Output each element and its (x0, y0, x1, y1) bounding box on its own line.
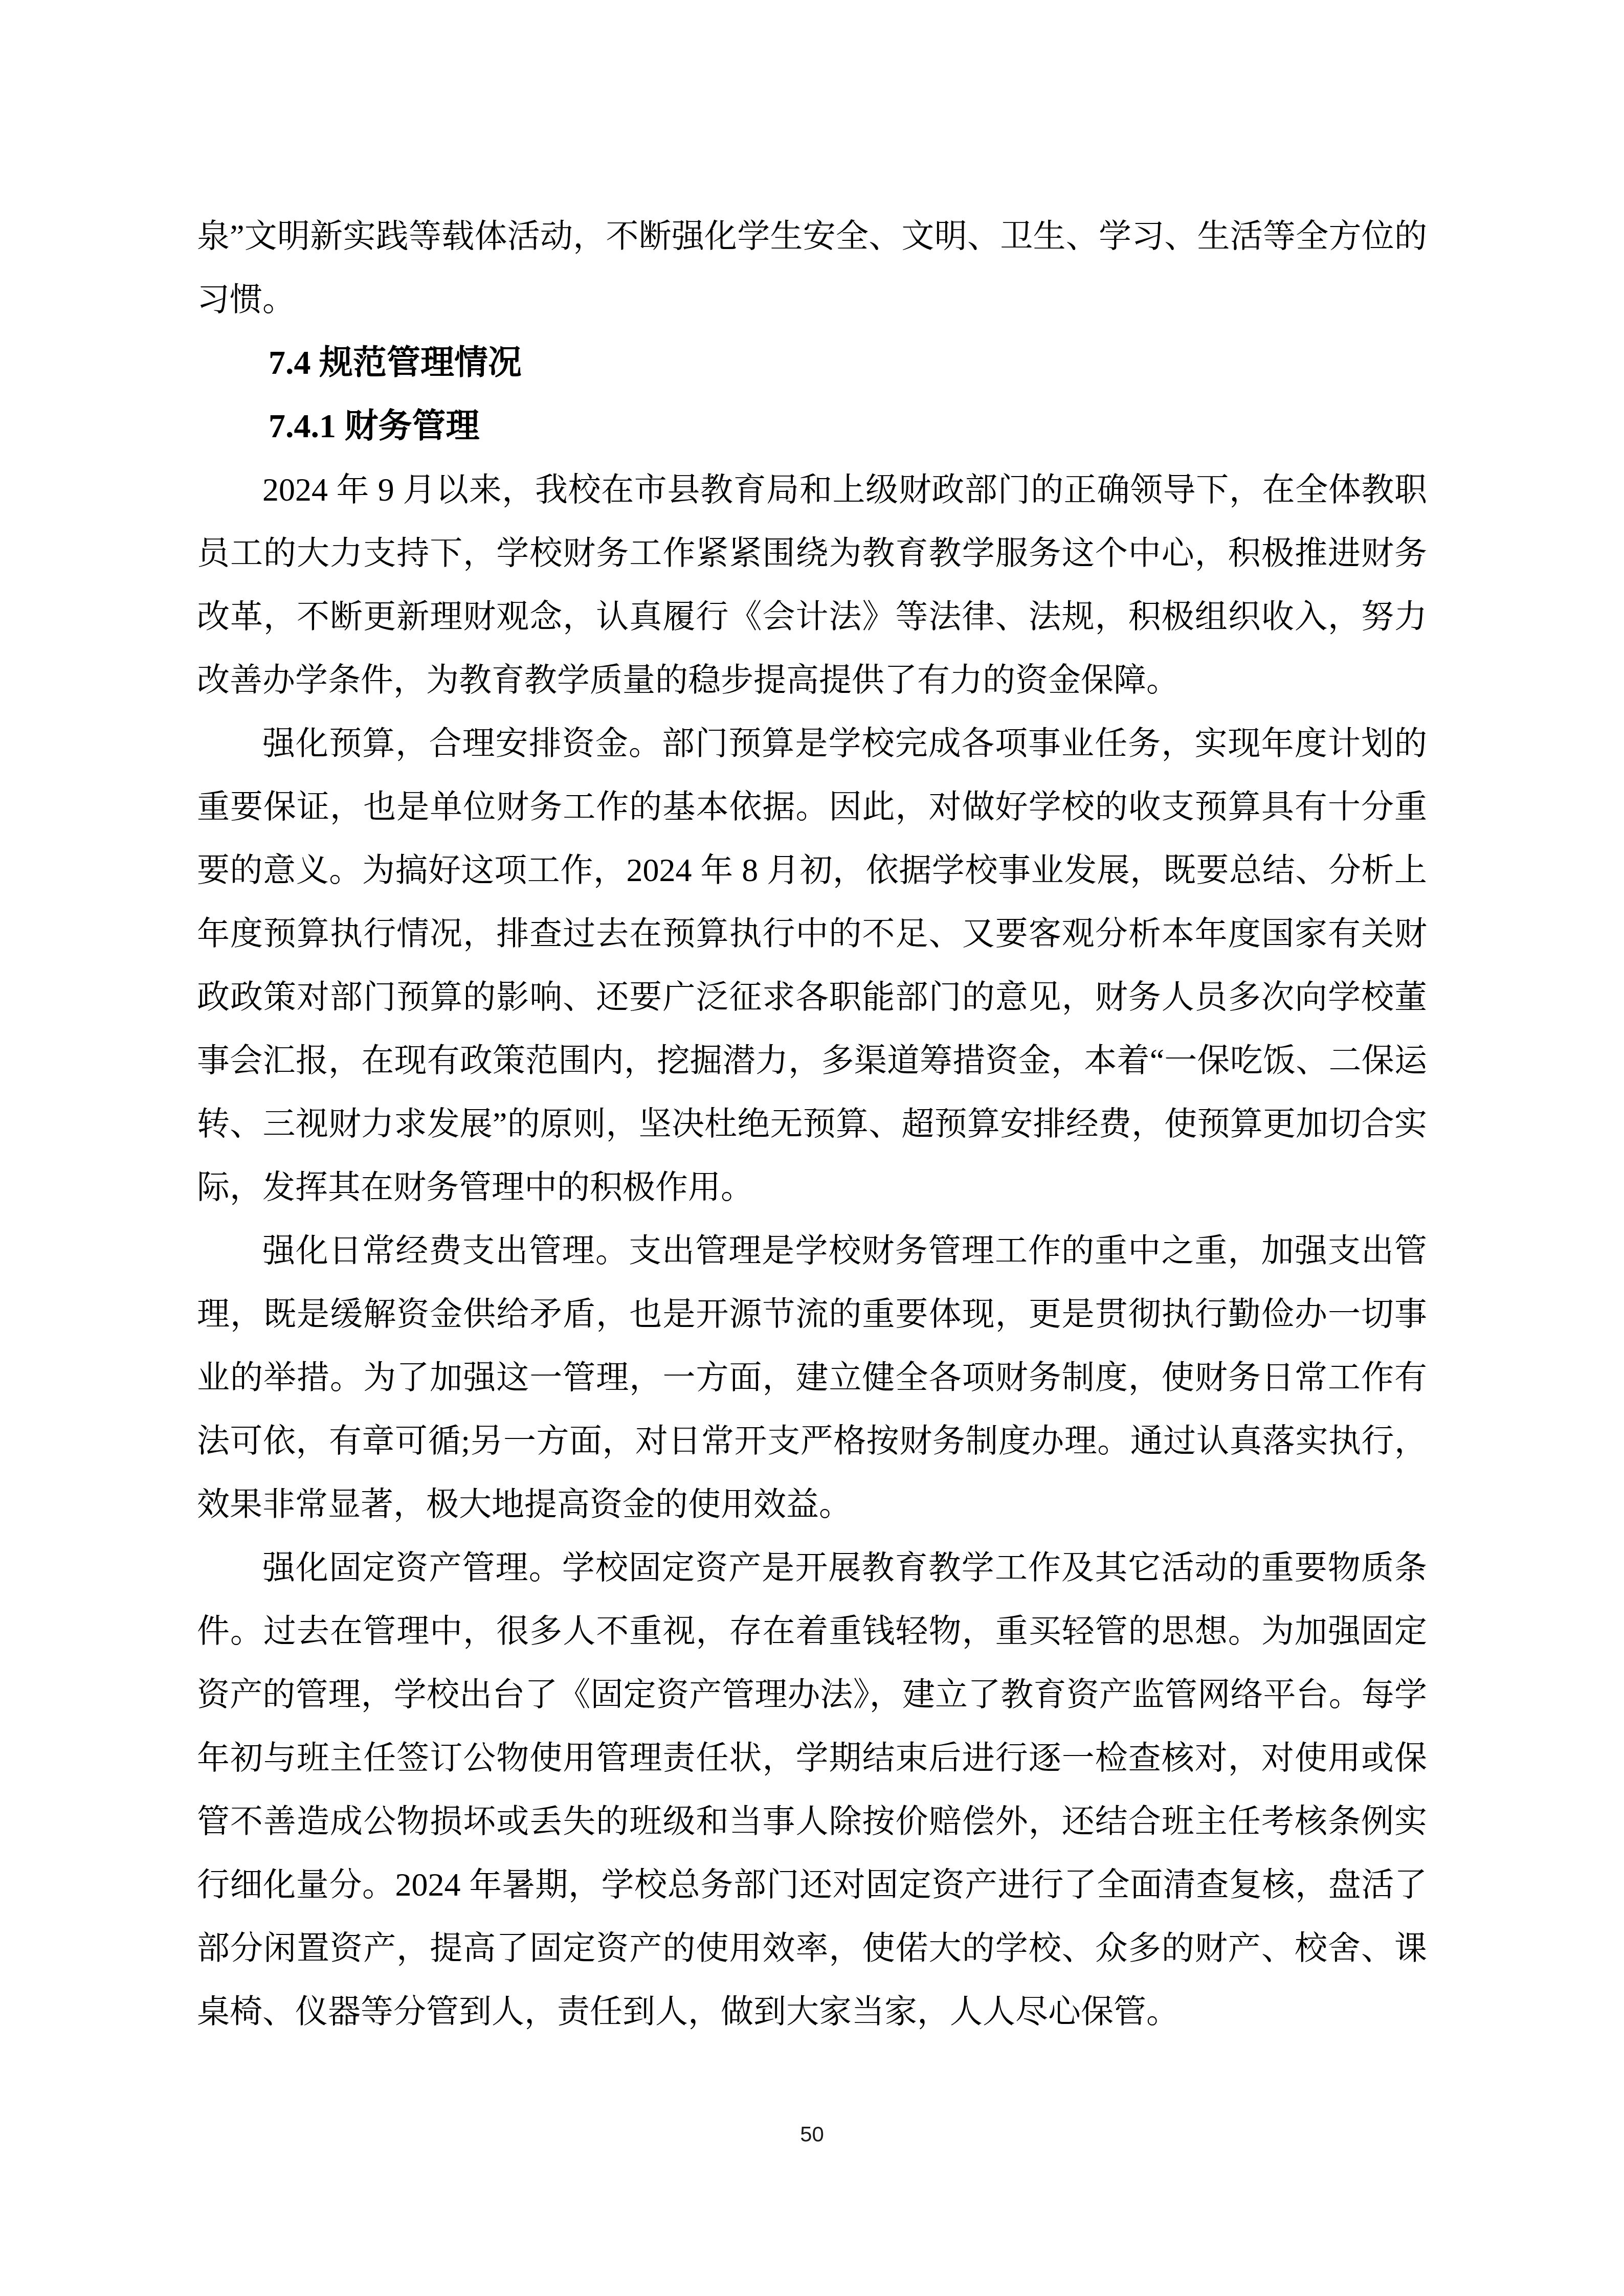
paragraph-expenditure-management: 强化日常经费支出管理。支出管理是学校财务管理工作的重中之重，加强支出管理，既是缓… (197, 1219, 1427, 1536)
page-number: 50 (0, 2122, 1624, 2147)
paragraph-finance-intro: 2024 年 9 月以来，我校在市县教育局和上级财政部门的正确领导下，在全体教职… (197, 458, 1427, 712)
paragraph-continuation: 泉”文明新实践等载体活动，不断强化学生安全、文明、卫生、学习、生活等全方位的习惯… (197, 205, 1427, 331)
heading-7-4: 7.4 规范管理情况 (269, 331, 1427, 395)
page-content: 泉”文明新实践等载体活动，不断强化学生安全、文明、卫生、学习、生活等全方位的习惯… (197, 205, 1427, 2043)
paragraph-budget-management: 强化预算，合理安排资金。部门预算是学校完成各项事业任务，实现年度计划的重要保证，… (197, 712, 1427, 1219)
paragraph-fixed-assets-management: 强化固定资产管理。学校固定资产是开展教育教学工作及其它活动的重要物质条件。过去在… (197, 1536, 1427, 2043)
document-page: 泉”文明新实践等载体活动，不断强化学生安全、文明、卫生、学习、生活等全方位的习惯… (0, 0, 1624, 2296)
heading-7-4-1: 7.4.1 财务管理 (269, 395, 1427, 458)
